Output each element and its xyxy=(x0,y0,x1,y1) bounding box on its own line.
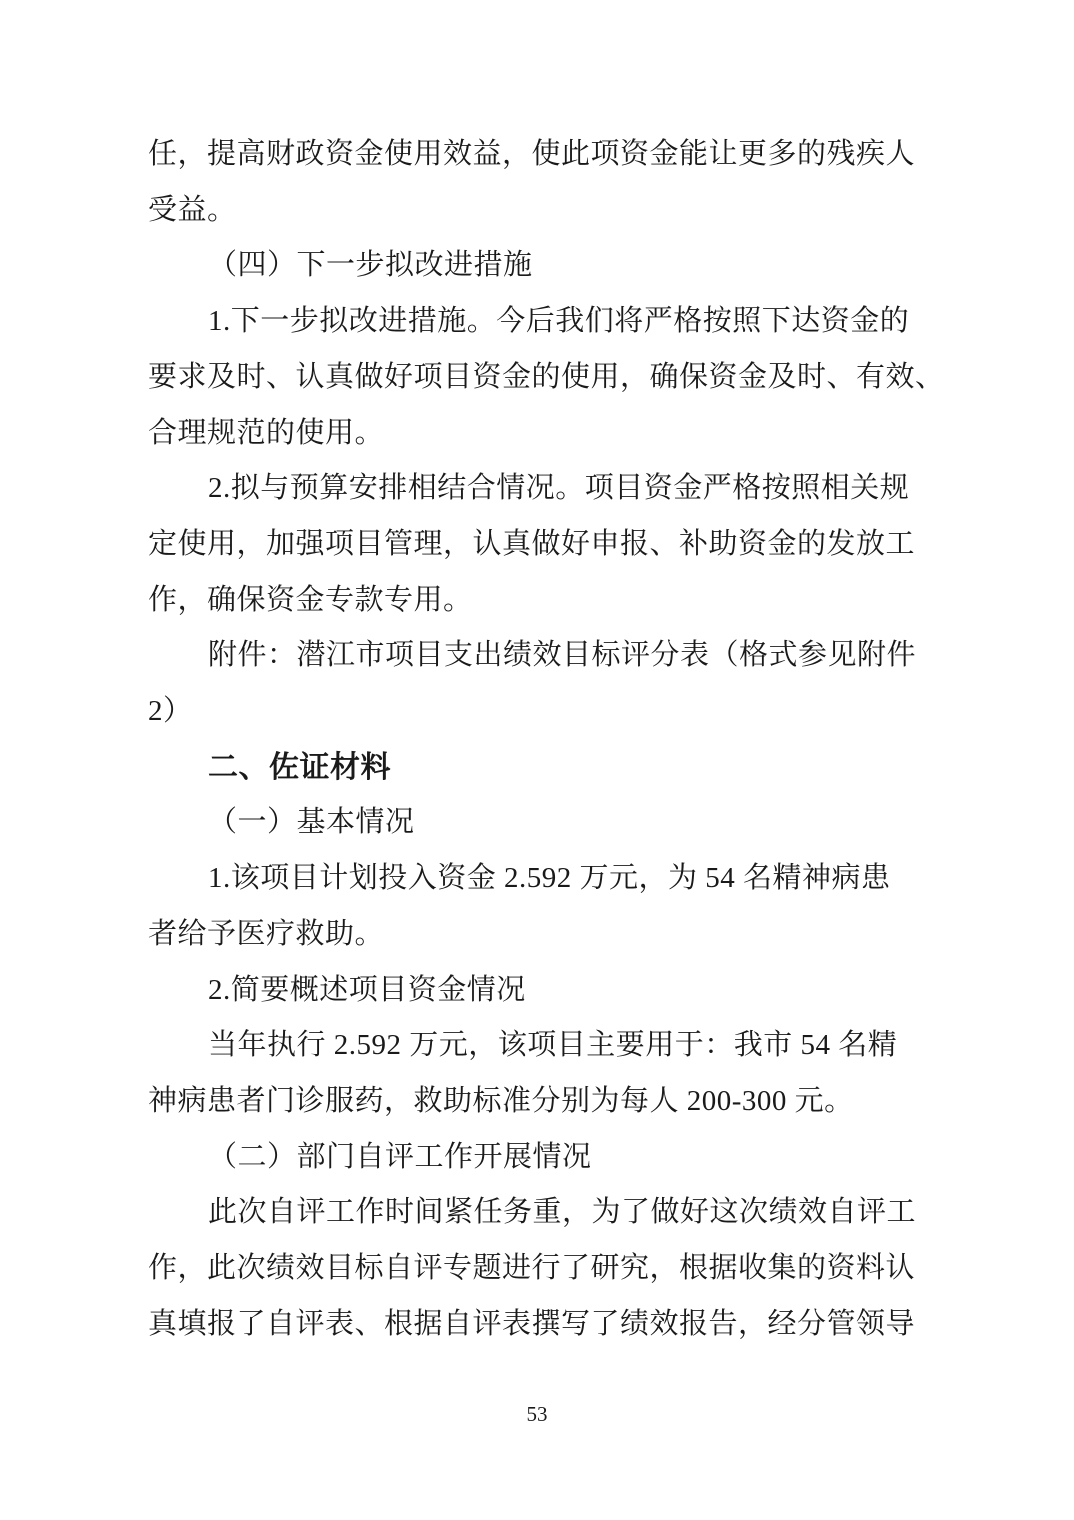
subsection-heading-1: （一）基本情况 xyxy=(148,795,938,851)
text-line: 1.该项目计划投入资金 2.592 万元，为 54 名精神病患 xyxy=(148,851,938,907)
attachment-note: 附件：潜江市项目支出绩效目标评分表（格式参见附件 xyxy=(148,628,938,684)
text-line: 真填报了自评表、根据自评表撰写了绩效报告，经分管领导 xyxy=(148,1297,938,1353)
text-line: 2.拟与预算安排相结合情况。项目资金严格按照相关规 xyxy=(148,461,938,517)
text-line: 2.简要概述项目资金情况 xyxy=(148,963,938,1019)
text-line: 神病患者门诊服药，救助标准分别为每人 200-300 元。 xyxy=(148,1074,938,1130)
document-body: 任，提高财政资金使用效益，使此项资金能让更多的残疾人 受益。 （四）下一步拟改进… xyxy=(148,127,938,1352)
section-heading-4: （四）下一步拟改进措施 xyxy=(148,238,938,294)
text-line: 1.下一步拟改进措施。今后我们将严格按照下达资金的 xyxy=(148,294,938,350)
subsection-heading-2: （二）部门自评工作开展情况 xyxy=(148,1130,938,1186)
text-line: 定使用，加强项目管理，认真做好申报、补助资金的发放工 xyxy=(148,517,938,573)
text-line: 任，提高财政资金使用效益，使此项资金能让更多的残疾人 xyxy=(148,127,938,183)
text-line: 要求及时、认真做好项目资金的使用，确保资金及时、有效、 xyxy=(148,350,938,406)
text-line: 此次自评工作时间紧任务重，为了做好这次绩效自评工 xyxy=(148,1185,938,1241)
text-line: 合理规范的使用。 xyxy=(148,406,938,462)
text-line: 当年执行 2.592 万元，该项目主要用于：我市 54 名精 xyxy=(148,1018,938,1074)
page-number: 53 xyxy=(0,1402,1074,1427)
section-heading-2: 二、佐证材料 xyxy=(148,740,938,796)
text-line: 者给予医疗救助。 xyxy=(148,907,938,963)
attachment-note-continued: 2） xyxy=(148,684,938,740)
text-line: 作，确保资金专款专用。 xyxy=(148,573,938,629)
text-line: 作，此次绩效目标自评专题进行了研究，根据收集的资料认 xyxy=(148,1241,938,1297)
text-line: 受益。 xyxy=(148,183,938,239)
document-page: 任，提高财政资金使用效益，使此项资金能让更多的残疾人 受益。 （四）下一步拟改进… xyxy=(0,0,1074,1520)
